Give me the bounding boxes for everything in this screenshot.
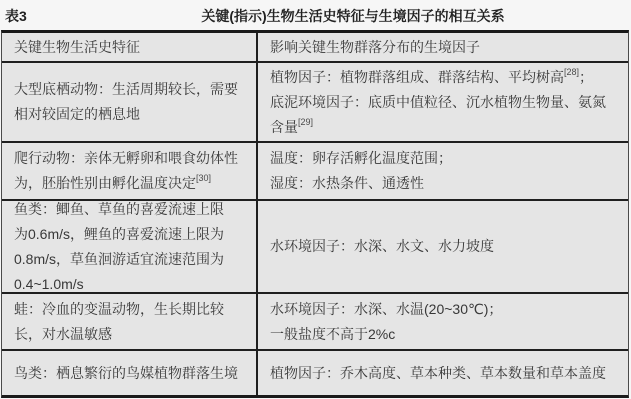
life-history-cell: 鱼类：鲫鱼、草鱼的喜爱流速上限 为0.6m/s，鲤鱼的喜爱流速上限为 0.8m/…	[2, 201, 258, 292]
table-row: 鱼类：鲫鱼、草鱼的喜爱流速上限 为0.6m/s，鲤鱼的喜爱流速上限为 0.8m/…	[2, 199, 628, 292]
relationship-table: 关键生物生活史特征 影响关键生物群落分布的生境因子 大型底栖动物：生活周期较长，…	[1, 30, 629, 398]
cell-text: 温度：卵存活孵化温度范围； 湿度：水热条件、通透性	[270, 146, 452, 196]
table-caption: 表3 关键(指示)生物生活史特征与生境因子的相互关系	[0, 0, 631, 30]
table-header-row: 关键生物生活史特征 影响关键生物群落分布的生境因子	[2, 33, 628, 61]
page: 表3 关键(指示)生物生活史特征与生境因子的相互关系 关键生物生活史特征 影响关…	[0, 0, 631, 399]
header-habitat-factors: 影响关键生物群落分布的生境因子	[258, 33, 628, 61]
habitat-factor-cell: 水环境因子：水深、水温(20~30℃)； 一般盐度不高于2%c	[258, 294, 628, 349]
table-title: 关键(指示)生物生活史特征与生境因子的相互关系	[75, 0, 631, 26]
cell-text: 爬行动物：亲体无孵卵和喂食幼体性 为，胚胎性别由孵化温度决定[30]	[14, 146, 238, 196]
cell-text: 水环境因子：水深、水文、水力坡度	[270, 234, 494, 259]
habitat-factor-cell: 植物因子：乔木高度、草本种类、草本数量和草本盖度	[258, 351, 628, 395]
habitat-factor-cell: 温度：卵存活孵化温度范围； 湿度：水热条件、通透性	[258, 143, 628, 199]
table-row: 蛙：冷血的变温动物，生长期比较 长，对水温敏感 水环境因子：水深、水温(20~3…	[2, 292, 628, 349]
table-row: 大型底栖动物：生活周期较长，需要 相对较固定的栖息地 植物因子：植物群落组成、群…	[2, 61, 628, 141]
life-history-cell: 鸟类：栖息繁衍的鸟媒植物群落生境	[2, 351, 258, 395]
cell-text: 鸟类：栖息繁衍的鸟媒植物群落生境	[14, 361, 238, 386]
table-number: 表3	[5, 6, 27, 26]
header-cell-text: 关键生物生活史特征	[14, 35, 140, 60]
life-history-cell: 大型底栖动物：生活周期较长，需要 相对较固定的栖息地	[2, 63, 258, 141]
cell-text: 蛙：冷血的变温动物，生长期比较 长，对水温敏感	[14, 297, 224, 347]
cell-text: 植物因子：植物群落组成、群落结构、平均树高[28]； 底泥环境因子：底质中值粒径…	[270, 65, 606, 140]
table-row: 鸟类：栖息繁衍的鸟媒植物群落生境 植物因子：乔木高度、草本种类、草本数量和草本盖…	[2, 349, 628, 395]
habitat-factor-cell: 水环境因子：水深、水文、水力坡度	[258, 201, 628, 292]
citation-ref-28: [28]	[564, 67, 579, 77]
header-life-history-traits: 关键生物生活史特征	[2, 33, 258, 61]
life-history-cell: 蛙：冷血的变温动物，生长期比较 长，对水温敏感	[2, 294, 258, 349]
cell-text: 大型底栖动物：生活周期较长，需要 相对较固定的栖息地	[14, 77, 238, 127]
cell-text: 水环境因子：水深、水温(20~30℃)； 一般盐度不高于2%c	[270, 297, 502, 347]
cell-text: 鱼类：鲫鱼、草鱼的喜爱流速上限 为0.6m/s，鲤鱼的喜爱流速上限为 0.8m/…	[14, 197, 224, 297]
header-cell-text: 影响关键生物群落分布的生境因子	[270, 35, 480, 60]
table-row: 爬行动物：亲体无孵卵和喂食幼体性 为，胚胎性别由孵化温度决定[30] 温度：卵存…	[2, 141, 628, 199]
citation-ref-29: [29]	[298, 117, 313, 127]
citation-ref-30: [30]	[196, 173, 211, 183]
cell-text: 植物因子：乔木高度、草本种类、草本数量和草本盖度	[270, 361, 606, 386]
habitat-factor-cell: 植物因子：植物群落组成、群落结构、平均树高[28]； 底泥环境因子：底质中值粒径…	[258, 63, 628, 141]
life-history-cell: 爬行动物：亲体无孵卵和喂食幼体性 为，胚胎性别由孵化温度决定[30]	[2, 143, 258, 199]
